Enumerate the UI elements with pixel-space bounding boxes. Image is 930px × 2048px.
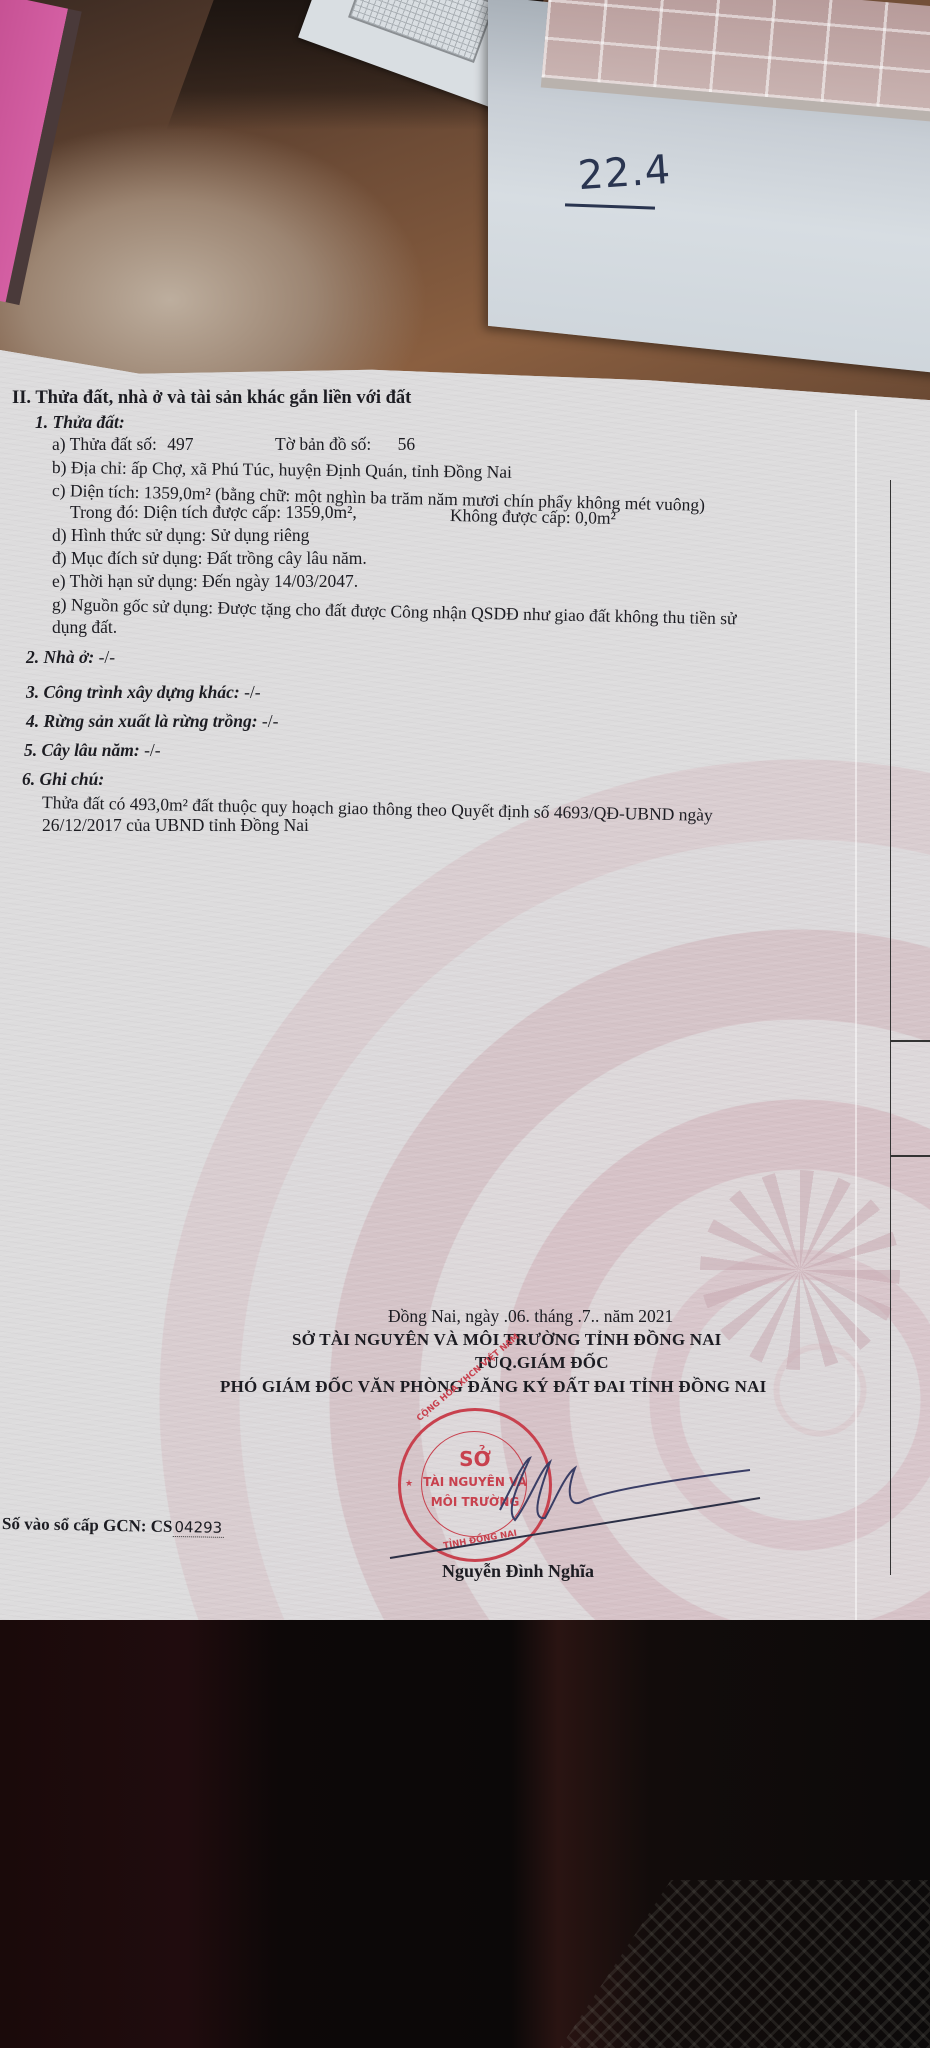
item-perennial-trees-label: 5. Cây lâu năm: — [24, 740, 140, 760]
parcel-number-label: a) Thửa đất số: — [52, 434, 157, 454]
map-sheet-row: Tờ bản đồ số: 56 — [275, 433, 415, 455]
item-housing-value: -/- — [99, 647, 116, 667]
page-fold — [855, 410, 857, 1660]
registry-entry: Số vào sổ cấp GCN: CS04293 — [2, 1513, 225, 1539]
paper-grid — [348, 0, 496, 63]
granted-area: Trong đó: Diện tích được cấp: 1359,0m², — [70, 501, 357, 523]
place-date: Đồng Nai, ngày .06. tháng .7.. năm 2021 — [388, 1305, 673, 1327]
use-term: e) Thời hạn sử dụng: Đến ngày 14/03/2047… — [52, 570, 358, 592]
signer-position: PHÓ GIÁM ĐỐC VĂN PHÒNG ĐĂNG KÝ ĐẤT ĐAI T… — [220, 1376, 766, 1398]
item-planted-forest-value: -/- — [262, 711, 279, 731]
item-planted-forest-label: 4. Rừng sản xuất là rừng trồng: — [26, 711, 258, 731]
registry-label: Số vào sổ cấp GCN: CS — [2, 1514, 173, 1536]
adjacent-page-frame — [890, 480, 930, 1575]
item-planted-forest: 4. Rừng sản xuất là rừng trồng: -/- — [26, 710, 278, 732]
handwritten-note: 22.4 — [577, 147, 673, 199]
item-other-construction-value: -/- — [244, 682, 261, 702]
parcel-number-row: a) Thửa đất số: 497 — [52, 433, 194, 455]
notes-heading: 6. Ghi chú: — [22, 768, 104, 790]
signer-name: Nguyễn Đình Nghĩa — [442, 1560, 594, 1582]
notes-line-2: 26/12/2017 của UBND tỉnh Đồng Nai — [42, 814, 309, 836]
map-sheet-label: Tờ bản đồ số: — [275, 434, 371, 454]
bronze-drum-star-watermark — [700, 1170, 900, 1370]
section-title: II. Thửa đất, nhà ở và tài sản khác gắn … — [12, 387, 411, 409]
item-perennial-trees: 5. Cây lâu năm: -/- — [24, 739, 161, 761]
item-other-construction-label: 3. Công trình xây dựng khác: — [26, 682, 240, 702]
land-parcel-heading: 1. Thửa đất: — [35, 411, 125, 433]
item-housing: 2. Nhà ở: -/- — [26, 646, 115, 668]
use-purpose: đ) Mục đích sử dụng: Đất trồng cây lâu n… — [52, 547, 367, 569]
item-perennial-trees-value: -/- — [144, 740, 161, 760]
item-housing-label: 2. Nhà ở: — [26, 647, 94, 667]
use-form: d) Hình thức sử dụng: Sử dụng riêng — [52, 524, 309, 546]
item-other-construction: 3. Công trình xây dựng khác: -/- — [26, 681, 261, 703]
map-sheet-number: 56 — [398, 434, 416, 454]
handwritten-signature — [380, 1440, 780, 1570]
origin-line-2: dụng đất. — [52, 616, 117, 638]
not-granted-area: Không được cấp: 0,0m² — [450, 504, 616, 529]
registry-number: 04293 — [172, 1518, 224, 1538]
parcel-number: 497 — [167, 434, 193, 454]
